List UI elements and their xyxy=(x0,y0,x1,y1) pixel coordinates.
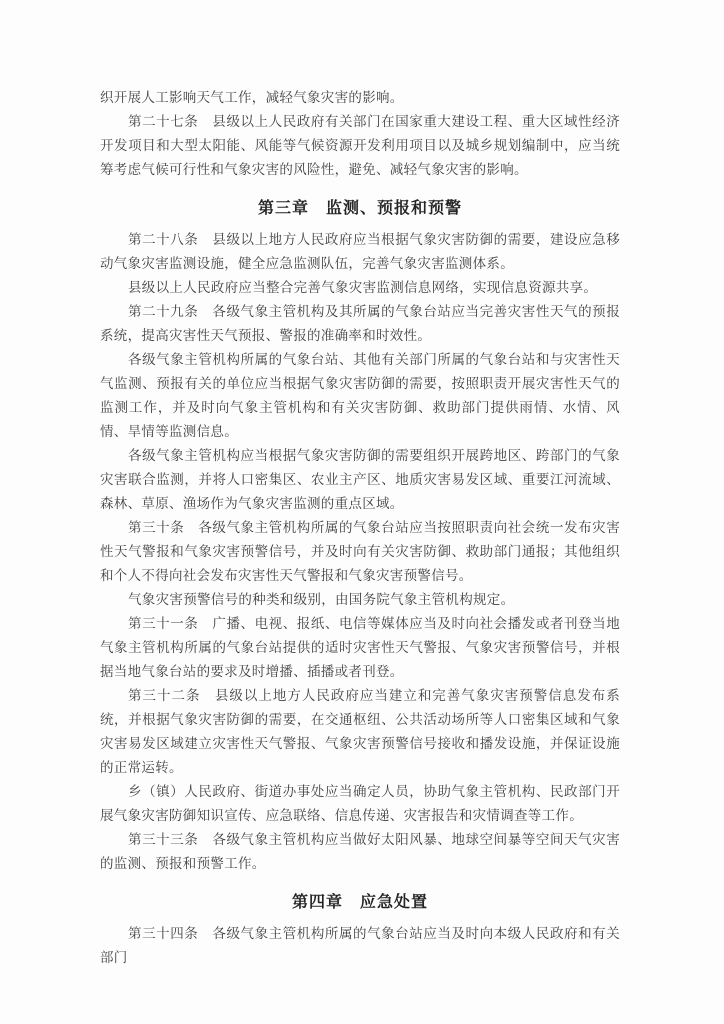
article-33: 第三十三条 各级气象主管机构应当做好太阳风暴、地球空间暴等空间天气灾害的监测、预… xyxy=(100,828,620,876)
article-29-clause-3: 各级气象主管机构应当根据气象灾害防御的需要组织开展跨地区、跨部门的气象灾害联合监… xyxy=(100,444,620,516)
article-28-clause-1: 第二十八条 县级以上地方人民政府应当根据气象灾害防御的需要，建设应急移动气象灾害… xyxy=(100,228,620,276)
article-29-clause-2: 各级气象主管机构所属的气象台站、其他有关部门所属的气象台站和与灾害性天气监测、预… xyxy=(100,348,620,444)
document-page: 织开展人工影响天气工作，减轻气象灾害的影响。 第二十七条 县级以上人民政府有关部… xyxy=(0,0,724,1024)
article-34-partial: 第三十四条 各级气象主管机构所属的气象台站应当及时向本级人民政府和有关部门 xyxy=(100,922,620,970)
article-30-clause-2: 气象灾害预警信号的种类和级别，由国务院气象主管机构规定。 xyxy=(100,588,620,612)
chapter-3-heading: 第三章 监测、预报和预警 xyxy=(100,197,620,221)
article-32-clause-1: 第三十二条 县级以上地方人民政府应当建立和完善气象灾害预警信息发布系统，并根据气… xyxy=(100,684,620,780)
article-27: 第二十七条 县级以上人民政府有关部门在国家重大建设工程、重大区域性经济开发项目和… xyxy=(100,110,620,182)
article-29-clause-1: 第二十九条 各级气象主管机构及其所属的气象台站应当完善灾害性天气的预报系统，提高… xyxy=(100,300,620,348)
article-31: 第三十一条 广播、电视、报纸、电信等媒体应当及时向社会播发或者刊登当地气象主管机… xyxy=(100,612,620,684)
paragraph-continuation: 织开展人工影响天气工作，减轻气象灾害的影响。 xyxy=(100,86,620,110)
article-32-clause-2: 乡（镇）人民政府、街道办事处应当确定人员，协助气象主管机构、民政部门开展气象灾害… xyxy=(100,780,620,828)
article-28-clause-2: 县级以上人民政府应当整合完善气象灾害监测信息网络，实现信息资源共享。 xyxy=(100,276,620,300)
article-30-clause-1: 第三十条 各级气象主管机构所属的气象台站应当按照职责向社会统一发布灾害性天气警报… xyxy=(100,516,620,588)
chapter-4-heading: 第四章 应急处置 xyxy=(100,891,620,915)
